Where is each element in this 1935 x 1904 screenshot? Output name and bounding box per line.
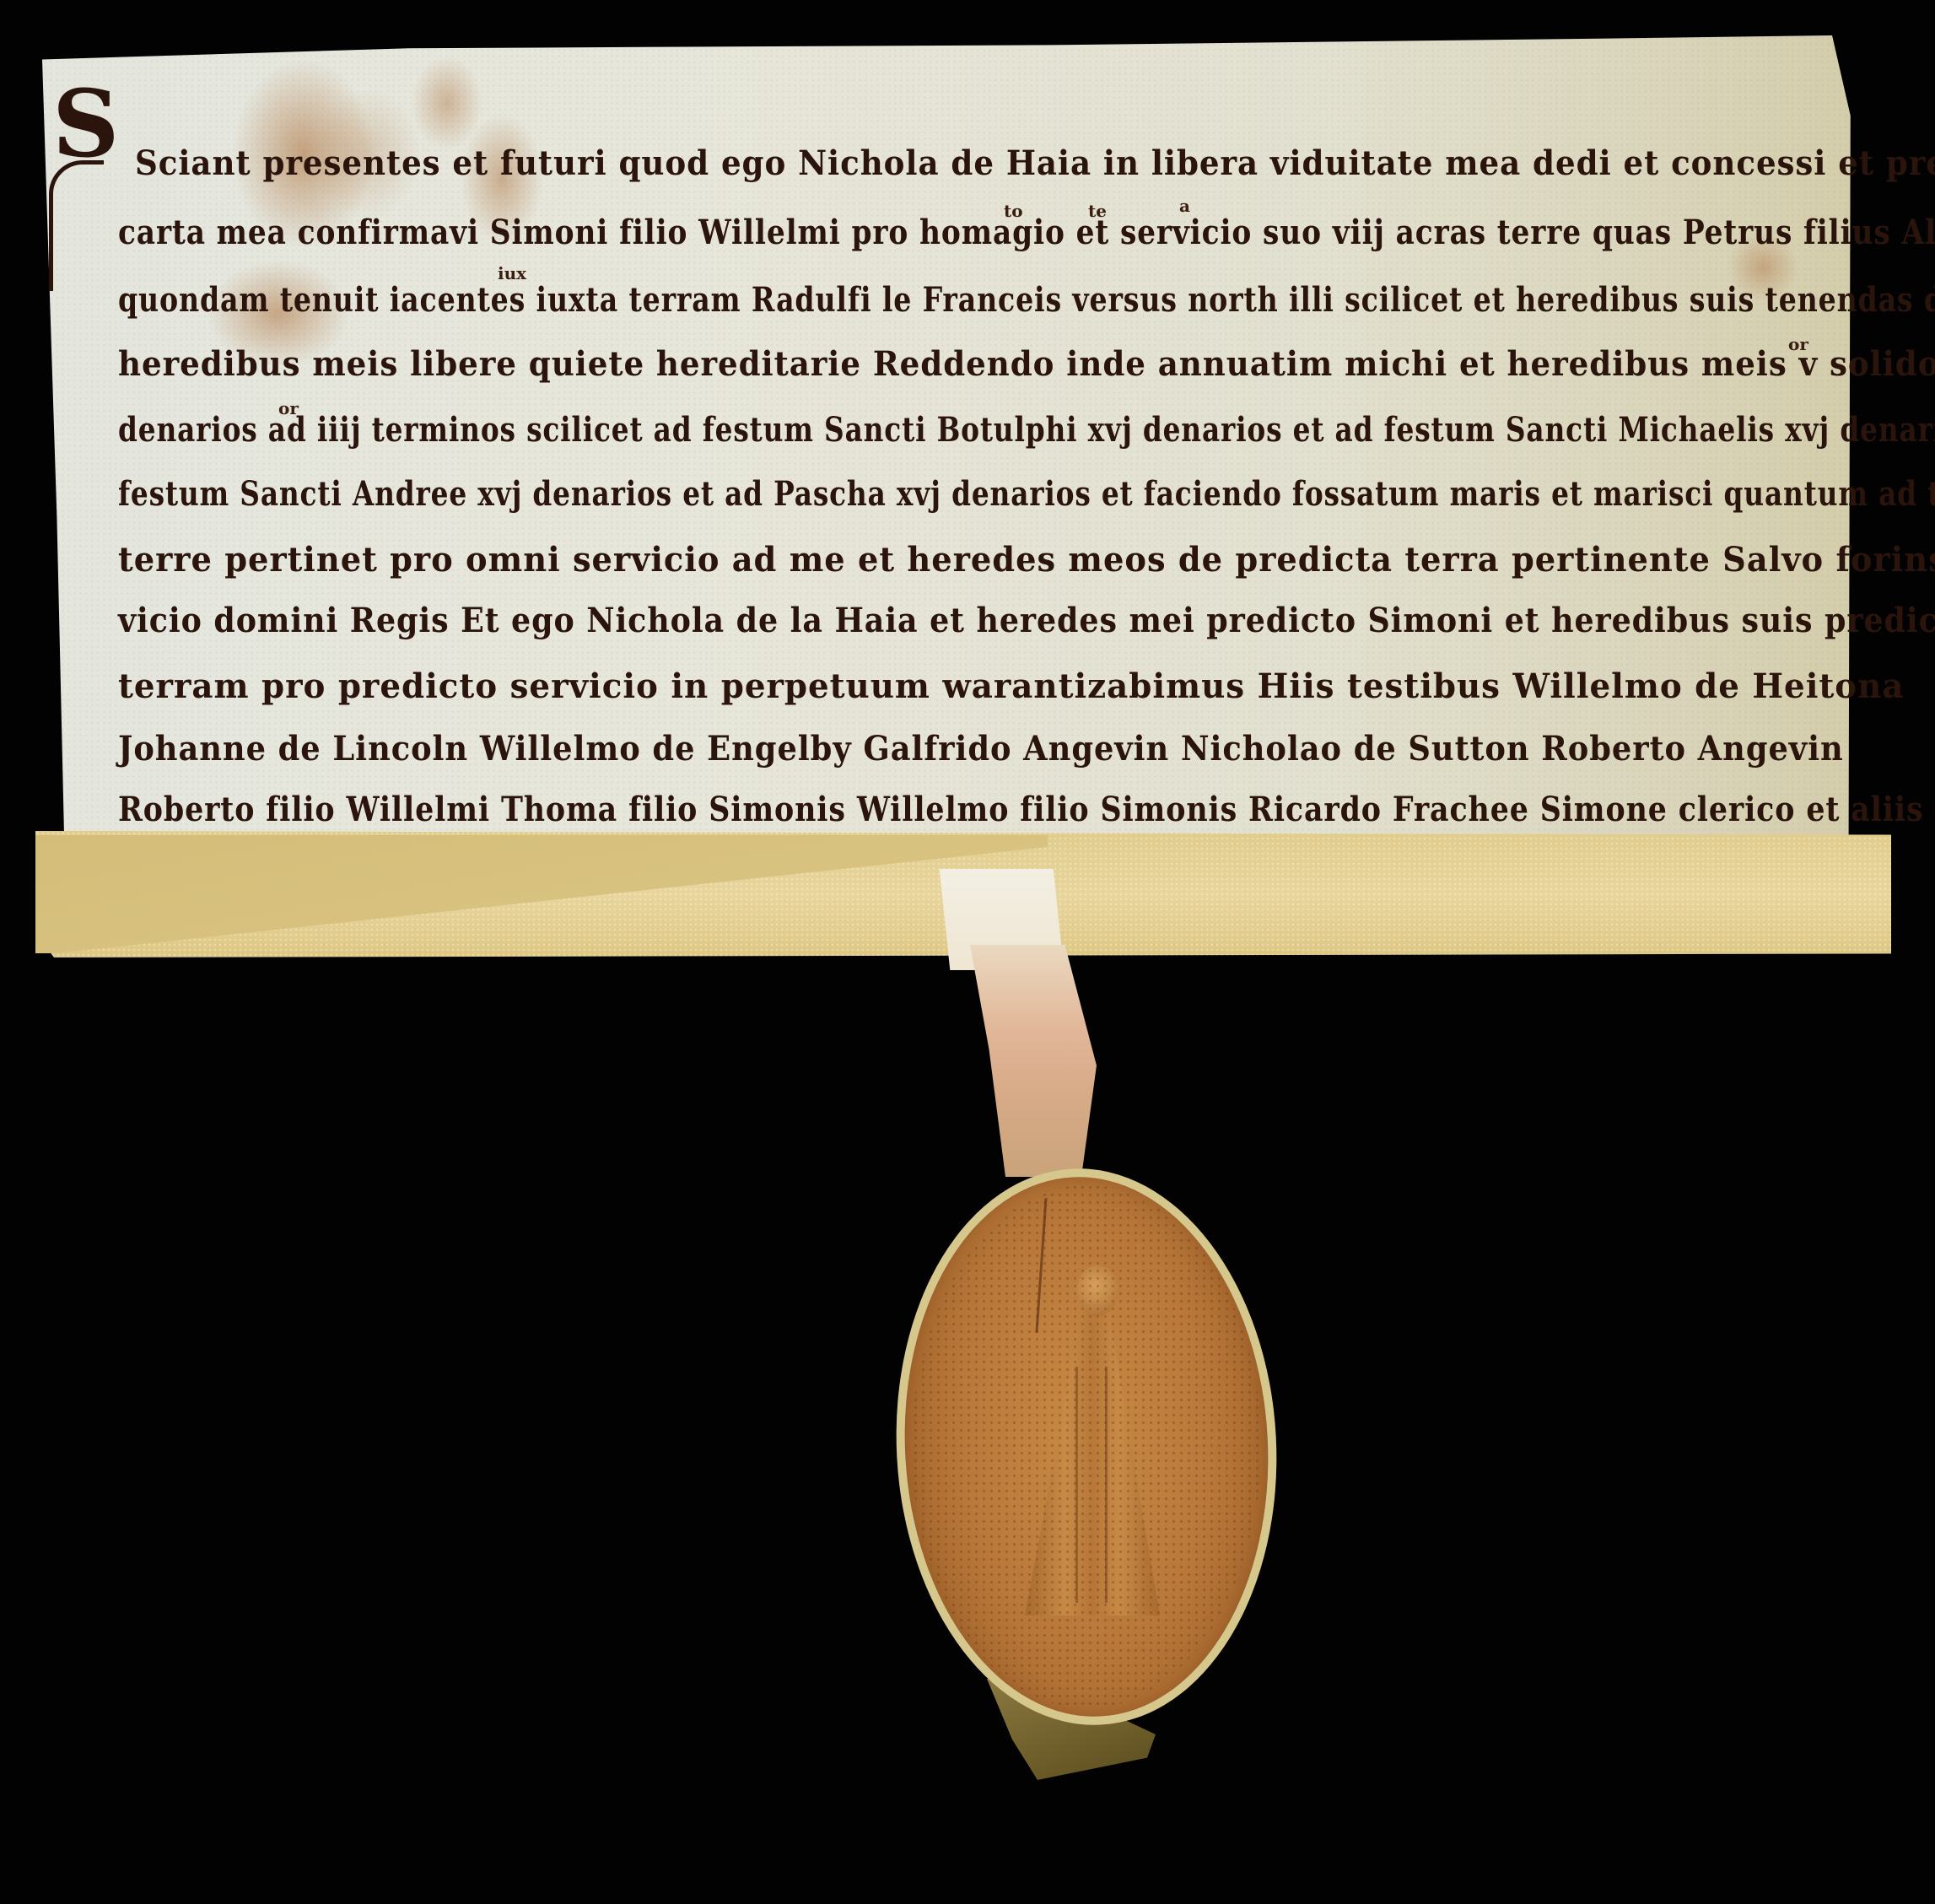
seal-standing-figure: [1008, 1265, 1177, 1620]
text-line-1: Sciant presentes et futuri quod ego Nich…: [135, 143, 1935, 183]
text-line-11: Roberto filio Willelmi Thoma filio Simon…: [118, 790, 1923, 829]
interlinear-gloss: a: [1179, 196, 1190, 216]
interlinear-gloss: te: [1088, 201, 1107, 221]
initial-flourish: [49, 160, 104, 291]
interlinear-gloss: to: [1004, 201, 1023, 221]
text-line-7: terre pertinet pro omni servicio ad me e…: [118, 540, 1935, 580]
text-line-8: vicio domini Regis Et ego Nichola de la …: [118, 601, 1935, 640]
document-viewer: S Sciant presentes et futuri quod ego Ni…: [0, 0, 1935, 1904]
text-line-9: terram pro predicto servicio in perpetuu…: [118, 666, 1904, 706]
text-line-3: quondam tenuit iacentes iuxta terram Rad…: [118, 280, 1935, 320]
interlinear-gloss: or: [278, 398, 299, 418]
figure-gown: [1025, 1312, 1160, 1615]
text-line-5: denarios ad iiij terminos scilicet ad fe…: [118, 410, 1935, 450]
text-line-2: carta mea confirmavi Simoni filio Willel…: [118, 213, 1935, 252]
interlinear-gloss: or: [1788, 334, 1808, 354]
text-line-4: heredibus meis libere quiete hereditarie…: [118, 344, 1935, 384]
seal-tag-strip: [970, 945, 1097, 1177]
gown-fold: [1075, 1367, 1078, 1603]
text-line-10: Johanne de Lincoln Willelmo de Engelby G…: [118, 729, 1844, 769]
figure-head: [1077, 1265, 1118, 1316]
interlinear-gloss: iux: [498, 263, 526, 283]
gown-fold: [1105, 1367, 1108, 1603]
text-line-6: festum Sancti Andree xvj denarios et ad …: [118, 474, 1935, 514]
